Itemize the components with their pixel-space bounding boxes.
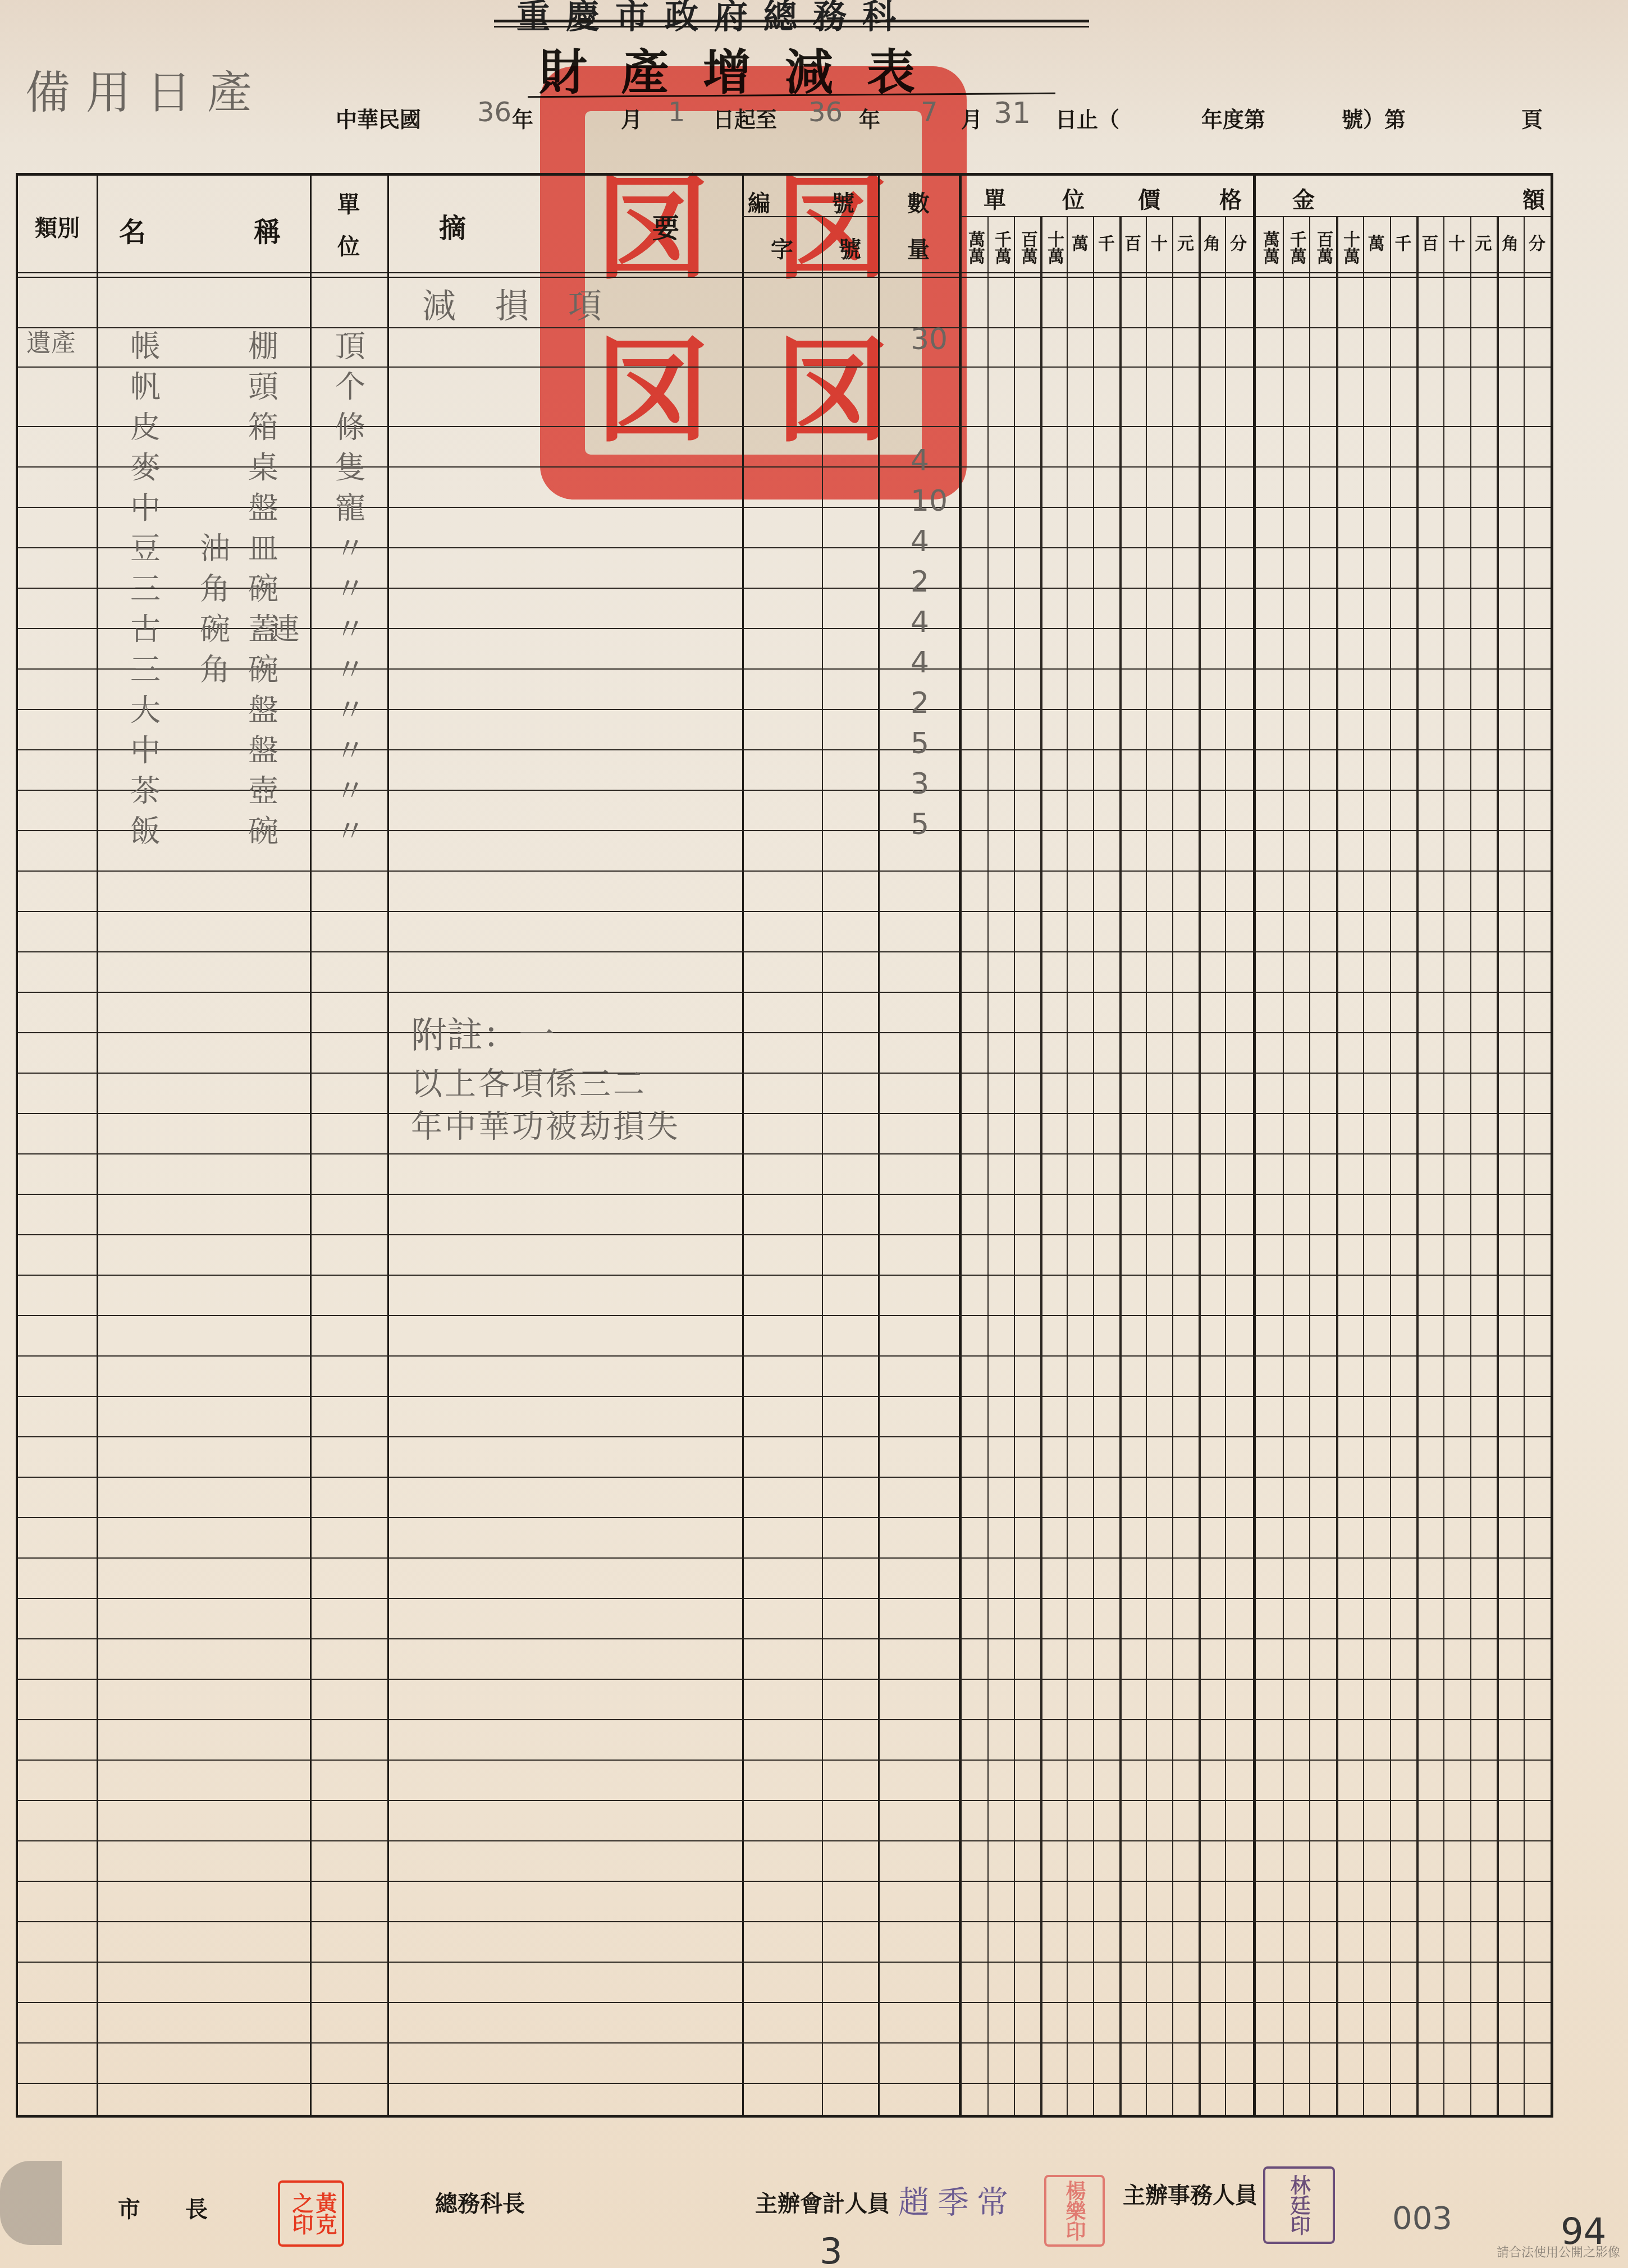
row-line <box>18 1921 1551 1922</box>
header-amount-2: 額 <box>1522 182 1545 214</box>
row-name-suffix: 桌 <box>248 444 278 487</box>
row-unit: 〃 <box>335 646 365 689</box>
number-label: 號）第 <box>1342 102 1406 133</box>
digit-col-line <box>1067 216 1068 2115</box>
row-line <box>18 1436 1551 1437</box>
row-name: 中 <box>130 484 200 528</box>
row-quantity: 2 <box>911 565 929 599</box>
row-unit: 頂 <box>335 323 365 366</box>
digit-col-line <box>1443 216 1444 2115</box>
header-memo-2: 要 <box>652 207 679 245</box>
row-unit: 〃 <box>335 808 365 851</box>
row-line <box>18 1032 1551 1033</box>
row-line <box>18 1113 1551 1114</box>
header-name-2: 稱 <box>254 210 281 249</box>
row-line <box>18 951 1551 952</box>
digit-col-header: 十萬 <box>1042 225 1065 270</box>
row-name-suffix: 頭 <box>248 363 278 406</box>
row-name: 中 <box>130 727 200 770</box>
row-name-suffix: 皿 <box>248 525 278 568</box>
row-name-suffix: 碗 <box>248 565 278 608</box>
row-name-suffix: 盤 <box>248 484 278 528</box>
property-table: 類別 名 稱 單 位 摘 要 編 號 字 號 數 量 單 位 價 格 金 額 萬… <box>16 173 1553 2118</box>
affairs-officer-label: 主辦事務人員 <box>1123 2178 1257 2210</box>
row-line <box>18 1881 1551 1882</box>
row-name: 大 <box>130 686 200 730</box>
month-label: 月 <box>621 102 642 133</box>
header-unit-2: 位 <box>310 229 387 261</box>
row-name-suffix: 盤 <box>248 686 278 730</box>
row-quantity: 4 <box>911 606 929 639</box>
row-name: 皮 <box>130 404 200 447</box>
fiscal-label: 年度第 <box>1201 102 1265 133</box>
row-quantity: 5 <box>911 808 929 841</box>
digit-col-line <box>1336 216 1338 2115</box>
note-line-1: 附註：一 <box>411 1006 555 1058</box>
row-name-suffix: 箱 <box>248 404 278 447</box>
row-name: 茶 <box>130 767 200 810</box>
day-from-label: 日起至 <box>713 102 777 133</box>
row-quantity: 10 <box>911 484 948 518</box>
row-name-suffix: 碗 <box>248 808 278 851</box>
digit-col-header: 分 <box>1526 235 1548 254</box>
row-unit: 〃 <box>335 767 365 810</box>
row-quantity: 30 <box>911 323 948 356</box>
digit-col-header: 萬萬 <box>1258 225 1281 270</box>
row-name: 帳 <box>130 323 200 366</box>
header-unitprice-3: 價 <box>1138 182 1160 214</box>
row-line <box>18 1760 1551 1761</box>
header-rule-2 <box>494 26 1089 28</box>
note-line-3: 年中華功被劫損失 <box>411 1102 680 1147</box>
row-line <box>18 1315 1551 1316</box>
digit-col-header: 十 <box>1148 235 1170 254</box>
row-line <box>18 1840 1551 1841</box>
header-qty-2: 量 <box>878 232 959 264</box>
digit-col-header: 十萬 <box>1338 225 1361 270</box>
row-unit: 條 <box>335 404 365 447</box>
row-line <box>18 1194 1551 1195</box>
year-start-value: 36 <box>477 97 511 128</box>
day-to-label: 日止（ <box>1055 102 1119 133</box>
digit-col-line <box>1172 216 1173 2115</box>
affairs-seal: 林廷印 <box>1263 2166 1335 2244</box>
row-unit: 〃 <box>335 727 365 770</box>
row-line <box>18 992 1551 993</box>
row-quantity: 4 <box>911 646 929 680</box>
month-end-value: 7 <box>921 97 938 128</box>
digit-col-header: 百 <box>1419 235 1441 254</box>
affairs-seal-text: 林廷印 <box>1288 2175 1310 2235</box>
page-label: 頁 <box>1521 102 1543 133</box>
org-header: 重慶市政府總務科 <box>516 0 912 38</box>
row-unit: 〃 <box>335 686 365 730</box>
digit-col-header: 元 <box>1174 235 1197 254</box>
year-end-value: 36 <box>808 97 843 128</box>
digit-col-line <box>1390 216 1391 2115</box>
digit-col-header: 千萬 <box>990 225 1012 270</box>
row-line <box>18 870 1551 872</box>
header-category: 類別 <box>18 210 97 242</box>
digit-col-header: 萬萬 <box>963 225 986 270</box>
digit-col-line <box>1146 216 1147 2115</box>
topleft-annotation: 備用日產 <box>25 56 268 121</box>
row-unit: 个 <box>335 363 365 406</box>
row-name: 古碗連 <box>130 606 339 649</box>
year-label: 年 <box>512 102 533 133</box>
year-end-label: 年 <box>859 102 880 133</box>
row-name-suffix: 蓋 <box>248 606 278 649</box>
row-line <box>18 1800 1551 1801</box>
header-memo-1: 摘 <box>439 207 466 245</box>
digit-col-header: 千 <box>1095 235 1118 254</box>
amount-header-divider <box>1256 216 1551 217</box>
header-serial-1: 編 <box>748 186 770 218</box>
row-unit: 隻 <box>335 444 365 487</box>
col-line-serial-split <box>822 216 823 2115</box>
row-line <box>18 1557 1551 1559</box>
row-name-suffix: 壺 <box>248 767 278 810</box>
section-label: 減損項 <box>422 280 641 328</box>
mayor-seal: 黃克之印 <box>278 2180 344 2247</box>
row-unit: 〃 <box>335 565 365 608</box>
digit-col-line <box>1225 216 1226 2115</box>
accounting-seal-text: 楊樂印 <box>1063 2180 1086 2241</box>
accounting-signature: 趙季常 <box>898 2178 1016 2223</box>
digit-col-line <box>1283 216 1284 2115</box>
row-line <box>18 2042 1551 2044</box>
row-line <box>18 1355 1551 1357</box>
header-serial-2: 號 <box>832 186 854 218</box>
watermark: 請合法使用公開之影像 <box>1497 2243 1620 2260</box>
row-name-suffix: 盤 <box>248 727 278 770</box>
row-line <box>18 1153 1551 1154</box>
header-qty-1: 數 <box>878 186 959 218</box>
row-name: 飯 <box>130 808 200 851</box>
digit-col-line <box>1524 216 1525 2115</box>
note-line-2: 以上各項係三二 <box>411 1059 647 1104</box>
header-serial-num: 號 <box>822 232 878 264</box>
row-unit: 〃 <box>335 525 365 568</box>
digit-col-header: 萬 <box>1069 235 1091 254</box>
row-line <box>18 1598 1551 1599</box>
mayor-label: 市 長 <box>118 2192 208 2224</box>
digit-col-line <box>987 216 989 2115</box>
month-end-label: 月 <box>961 102 982 133</box>
row-unit: 〃 <box>335 606 365 649</box>
row-category: 遺產 <box>26 323 76 359</box>
row-unit: 寵 <box>335 484 365 528</box>
archive-logo-icon <box>0 2161 62 2245</box>
digit-col-line <box>1497 216 1499 2115</box>
digit-col-header: 千萬 <box>1285 225 1307 270</box>
header-unitprice-1: 單 <box>984 182 1006 214</box>
row-name-suffix: 碗 <box>248 646 278 689</box>
digit-col-header: 分 <box>1227 235 1250 254</box>
header-serial-char: 字 <box>742 232 822 264</box>
header-unitprice-4: 格 <box>1219 182 1242 214</box>
row-line <box>18 1234 1551 1235</box>
digit-col-line <box>1199 216 1201 2115</box>
header-amount-1: 金 <box>1292 182 1315 214</box>
row-line <box>18 1638 1551 1639</box>
mayor-seal-text: 黃克之印 <box>286 2183 336 2244</box>
digit-col-header: 百萬 <box>1016 225 1039 270</box>
row-line <box>18 1275 1551 1276</box>
row-line <box>18 1396 1551 1397</box>
digit-col-line <box>1363 216 1364 2115</box>
row-line <box>18 1962 1551 1963</box>
row-name: 帆 <box>130 363 200 406</box>
row-quantity: 3 <box>911 767 929 801</box>
digit-col-line <box>1309 216 1310 2115</box>
header-name-1: 名 <box>119 210 146 249</box>
digit-col-header: 角 <box>1499 235 1521 254</box>
handwritten-number-mid: 003 <box>1392 2200 1452 2237</box>
digit-col-header: 角 <box>1201 235 1223 254</box>
accounting-officer-label: 主辦會計人員 <box>755 2186 890 2218</box>
row-line <box>18 1679 1551 1680</box>
day-start-value: 1 <box>668 97 685 128</box>
digit-col-header: 百萬 <box>1311 225 1334 270</box>
header-rule-1 <box>494 20 1089 22</box>
unitprice-header-divider <box>961 216 1253 217</box>
general-affairs-chief-label: 總務科長 <box>435 2186 525 2218</box>
row-line <box>18 1517 1551 1518</box>
day-end-value: 31 <box>994 97 1031 130</box>
digit-col-header: 元 <box>1472 235 1495 254</box>
row-quantity: 4 <box>911 444 929 478</box>
row-quantity: 4 <box>911 525 929 558</box>
row-line <box>18 2083 1551 2084</box>
header-bottom-double-rule <box>18 272 1551 278</box>
row-name-suffix: 棚 <box>248 323 278 366</box>
digit-col-line <box>1416 216 1419 2115</box>
digit-col-line <box>1014 216 1015 2115</box>
digit-col-line <box>1093 216 1094 2115</box>
row-line <box>18 911 1551 912</box>
digit-col-header: 萬 <box>1365 235 1388 254</box>
digit-col-header: 百 <box>1122 235 1144 254</box>
row-quantity: 5 <box>911 727 929 760</box>
row-quantity: 2 <box>911 686 929 720</box>
row-line <box>18 2002 1551 2003</box>
digit-col-line <box>1470 216 1471 2115</box>
header-unit-1: 單 <box>310 187 387 219</box>
digit-col-header: 十 <box>1446 235 1468 254</box>
header-unitprice-2: 位 <box>1062 182 1085 214</box>
date-prefix: 中華民國 <box>336 102 421 133</box>
handwritten-number-left: 3 <box>820 2231 843 2268</box>
digit-col-header: 千 <box>1392 235 1415 254</box>
digit-col-line <box>1119 216 1122 2115</box>
digit-col-line <box>1040 216 1042 2115</box>
row-line <box>18 1073 1551 1074</box>
row-name: 麥 <box>130 444 200 487</box>
row-line <box>18 1477 1551 1478</box>
row-line <box>18 1719 1551 1720</box>
accounting-seal: 楊樂印 <box>1044 2175 1105 2247</box>
